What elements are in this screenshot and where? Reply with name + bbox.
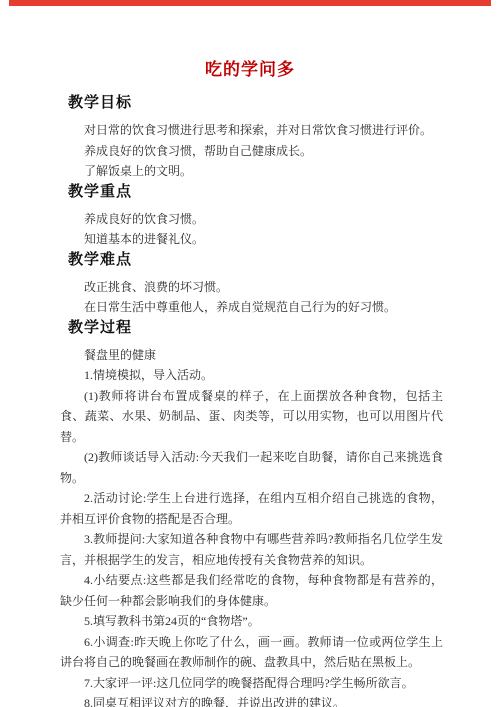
process-step: 7.大家评一评:这几位同学的晚餐搭配得合理吗?学生畅所欲言。 xyxy=(60,673,443,694)
difficulties-paragraph: 在日常生活中尊重他人，养成自觉规范自己行为的好习惯。 xyxy=(60,297,443,318)
process-step: 1.情境模拟，导入活动。 xyxy=(60,365,443,386)
process-step: 4.小结要点:这些都是我们经常吃的食物，每种食物都是有营养的，缺少任何一种都会影… xyxy=(60,570,443,611)
process-subtitle: 餐盘里的健康 xyxy=(60,345,443,366)
section-process: 教学过程 餐盘里的健康 1.情境模拟，导入活动。 (1)教师将讲台布置成餐桌的样… xyxy=(60,318,443,707)
process-step: (2)教师谈话导入活动:今天我们一起来吃自助餐，请你自己来挑选食物。 xyxy=(60,447,443,488)
document-body: 教学目标 对日常的饮食习惯进行思考和探索，并对日常饮食习惯进行评价。 养成良好的… xyxy=(0,93,500,707)
process-step: 3.教师提问:大家知道各种食物中有哪些营养吗?教师指名几位学生发言，并根据学生的… xyxy=(60,529,443,570)
top-red-bar xyxy=(9,0,491,6)
difficulties-paragraph: 改正挑食、浪费的坏习惯。 xyxy=(60,277,443,298)
process-step: 8.同桌互相评议对方的晚餐，并说出改进的建议。 xyxy=(60,693,443,707)
document-page: 吃的学问多 教学目标 对日常的饮食习惯进行思考和探索，并对日常饮食习惯进行评价。… xyxy=(0,0,500,707)
goals-paragraph: 对日常的饮食习惯进行思考和探索，并对日常饮食习惯进行评价。 xyxy=(60,120,443,141)
process-step: 2.活动讨论:学生上台进行选择，在组内互相介绍自己挑选的食物，并相互评价食物的搭… xyxy=(60,488,443,529)
key-points-paragraph: 养成良好的饮食习惯。 xyxy=(60,209,443,230)
section-goals: 教学目标 对日常的饮食习惯进行思考和探索，并对日常饮食习惯进行评价。 养成良好的… xyxy=(60,93,443,182)
section-key-points: 教学重点 养成良好的饮食习惯。 知道基本的进餐礼仪。 xyxy=(60,182,443,250)
process-step: (1)教师将讲台布置成餐桌的样子，在上面摆放各种食物，包括主食、蔬菜、水果、奶制… xyxy=(60,386,443,448)
section-heading-difficulties: 教学难点 xyxy=(60,250,443,270)
process-step: 5.填写教科书第24页的“食物塔”。 xyxy=(60,611,443,632)
goals-paragraph: 养成良好的饮食习惯，帮助自己健康成长。 xyxy=(60,141,443,162)
section-heading-process: 教学过程 xyxy=(60,318,443,338)
section-difficulties: 教学难点 改正挑食、浪费的坏习惯。 在日常生活中尊重他人，养成自觉规范自己行为的… xyxy=(60,250,443,318)
document-title: 吃的学问多 xyxy=(0,0,500,82)
goals-paragraph: 了解饭桌上的文明。 xyxy=(60,161,443,182)
section-heading-goals: 教学目标 xyxy=(60,93,443,113)
process-step: 6.小调查:昨天晚上你吃了什么，画一画。教师请一位或两位学生上讲台将自己的晚餐画… xyxy=(60,632,443,673)
section-heading-key-points: 教学重点 xyxy=(60,182,443,202)
key-points-paragraph: 知道基本的进餐礼仪。 xyxy=(60,229,443,250)
